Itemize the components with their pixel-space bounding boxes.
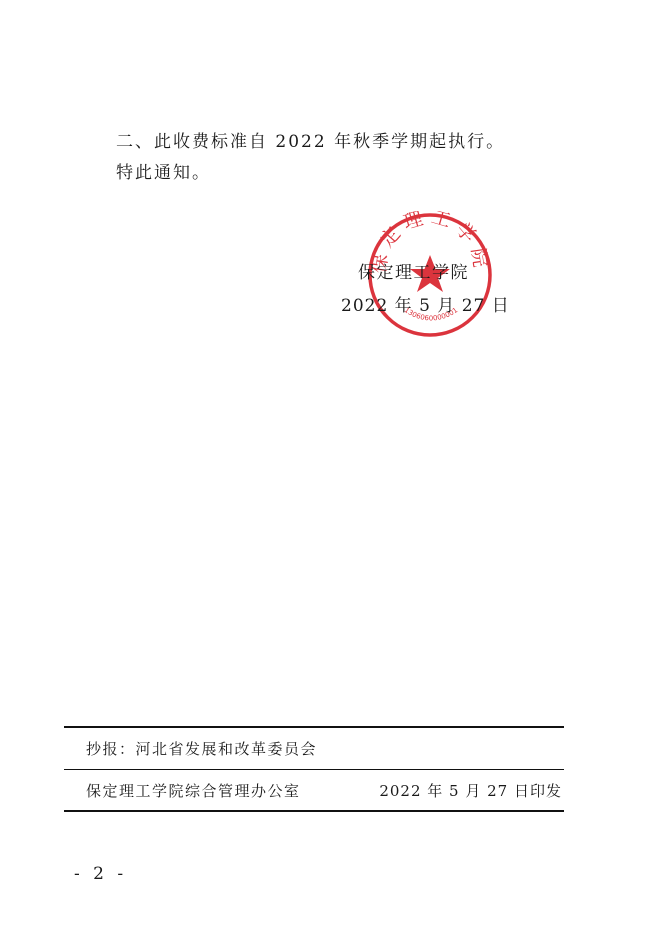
issuing-office: 保定理工学院综合管理办公室 — [86, 780, 301, 801]
footer-rule-middle — [64, 769, 564, 770]
footer-rule-top — [64, 726, 564, 728]
footer-rule-bottom — [64, 810, 564, 812]
signature-date: 2022 年 5 月 27 日 — [341, 291, 510, 316]
cc-recipients: 抄报：河北省发展和改革委员会 — [86, 738, 317, 759]
body-paragraph-closing: 特此通知。 — [116, 158, 211, 183]
issue-date: 2022 年 5 月 27 日印发 — [379, 780, 562, 801]
signature-organization: 保定理工学院 — [358, 258, 469, 283]
body-paragraph-effective-date: 二、此收费标准自 2022 年秋季学期起执行。 — [116, 127, 505, 152]
page-number: - 2 - — [74, 864, 127, 884]
